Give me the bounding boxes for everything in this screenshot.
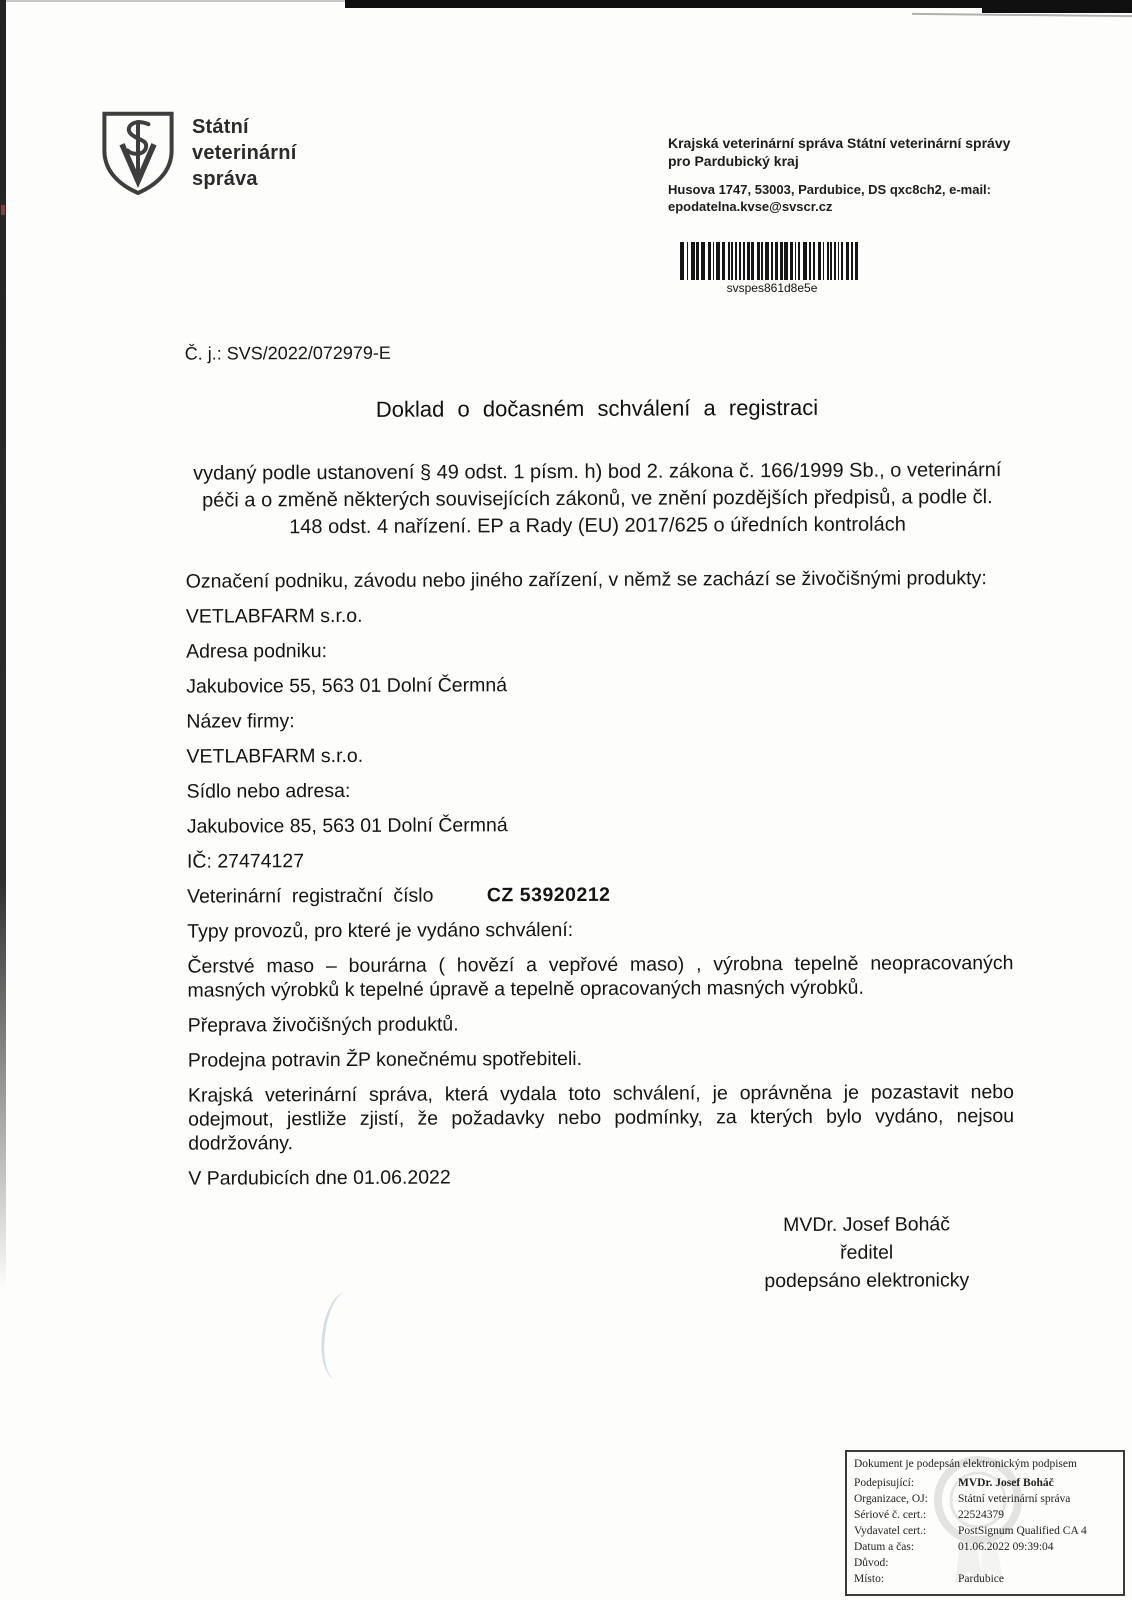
signature-box-row: Místo: Pardubice	[854, 1571, 1116, 1587]
sig-value-serial: 22524379	[958, 1507, 1116, 1523]
operation-type-2: Přeprava živočišných produktů.	[188, 1010, 1014, 1038]
document-body: Označení podniku, závodu nebo jiného zař…	[186, 566, 1015, 1202]
scanned-document-page: Státní veterinární správa Krajská veteri…	[0, 0, 1132, 1600]
company-label: Název firmy:	[186, 706, 1012, 734]
signature-method: podepsáno elektronicky	[721, 1266, 1013, 1295]
signatory-name: MVDr. Josef Boháč	[720, 1210, 1012, 1239]
sig-label-organization: Organizace, OJ:	[854, 1491, 958, 1507]
reference-number: Č. j.: SVS/2022/072979-E	[185, 343, 391, 365]
registration-number-line: Veterinární registrační číslo CZ 5392021…	[187, 881, 1013, 909]
signature-box-header: Dokument je podepsán elektronickým podpi…	[854, 1456, 1116, 1473]
signature-box-row: Podepisující: MVDr. Josef Boháč	[854, 1475, 1116, 1491]
sig-label-datetime: Datum a čas:	[854, 1539, 958, 1555]
signature-box-row: Důvod:	[854, 1555, 1116, 1571]
signature-box-row: Datum a čas: 01.06.2022 09:39:04	[854, 1539, 1116, 1555]
signatory-role: ředitel	[721, 1238, 1013, 1267]
company-id: IČ: 27474127	[187, 846, 1013, 874]
sig-label-place: Místo:	[854, 1571, 958, 1587]
sig-value-reason	[958, 1555, 1116, 1571]
place-and-date: V Pardubicích dne 01.06.2022	[188, 1163, 1014, 1191]
sig-value-issuer: PostSignum Qualified CA 4	[958, 1523, 1116, 1539]
sig-label-serial: Sériové č. cert.:	[854, 1507, 958, 1523]
revocation-clause: Krajská veterinární správa, která vydala…	[188, 1080, 1014, 1156]
sig-label-reason: Důvod:	[854, 1555, 958, 1571]
sig-value-organization: Státní veterinární správa	[958, 1491, 1116, 1507]
operation-type-1: Čerstvé maso – bourárna ( hovězí a vepřo…	[187, 951, 1013, 1003]
seat-value: Jakubovice 85, 563 01 Dolní Čermná	[187, 811, 1013, 839]
subject-label: Označení podniku, závodu nebo jiného zař…	[186, 566, 1012, 594]
operation-types-label: Typy provozů, pro které je vydáno schvál…	[187, 916, 1013, 944]
sig-value-signer: MVDr. Josef Boháč	[958, 1475, 1116, 1491]
sig-value-datetime: 01.06.2022 09:39:04	[958, 1539, 1116, 1555]
seat-label: Sídlo nebo adresa:	[187, 776, 1013, 804]
operation-type-3: Prodejna potravin ŽP konečnému spotřebit…	[188, 1045, 1014, 1073]
document-title: Doklad o dočasném schválení a registraci	[185, 394, 1009, 424]
sig-value-place: Pardubice	[958, 1571, 1116, 1587]
address-label: Adresa podniku:	[186, 636, 1012, 664]
company-value: VETLABFARM s.r.o.	[186, 741, 1012, 769]
document-content: Č. j.: SVS/2022/072979-E Doklad o dočasn…	[0, 0, 1132, 1600]
registration-number-label: Veterinární registrační číslo	[187, 885, 433, 908]
sig-label-issuer: Vydavatel cert.:	[854, 1523, 958, 1539]
sig-label-signer: Podepisující:	[854, 1475, 958, 1491]
electronic-signature-box: Dokument je podepsán elektronickým podpi…	[845, 1450, 1125, 1596]
signatory-block: MVDr. Josef Boháč ředitel podepsáno elek…	[720, 1210, 1012, 1295]
address-value: Jakubovice 55, 563 01 Dolní Čermná	[186, 671, 1012, 699]
signature-box-row: Sériové č. cert.: 22524379	[854, 1507, 1116, 1523]
legal-basis: vydaný podle ustanovení § 49 odst. 1 pís…	[185, 457, 1009, 542]
signature-box-row: Organizace, OJ: Státní veterinární správ…	[854, 1491, 1116, 1507]
registration-number-value: CZ 53920212	[487, 884, 611, 907]
signature-box-row: Vydavatel cert.: PostSignum Qualified CA…	[854, 1523, 1116, 1539]
subject-name: VETLABFARM s.r.o.	[186, 601, 1012, 629]
